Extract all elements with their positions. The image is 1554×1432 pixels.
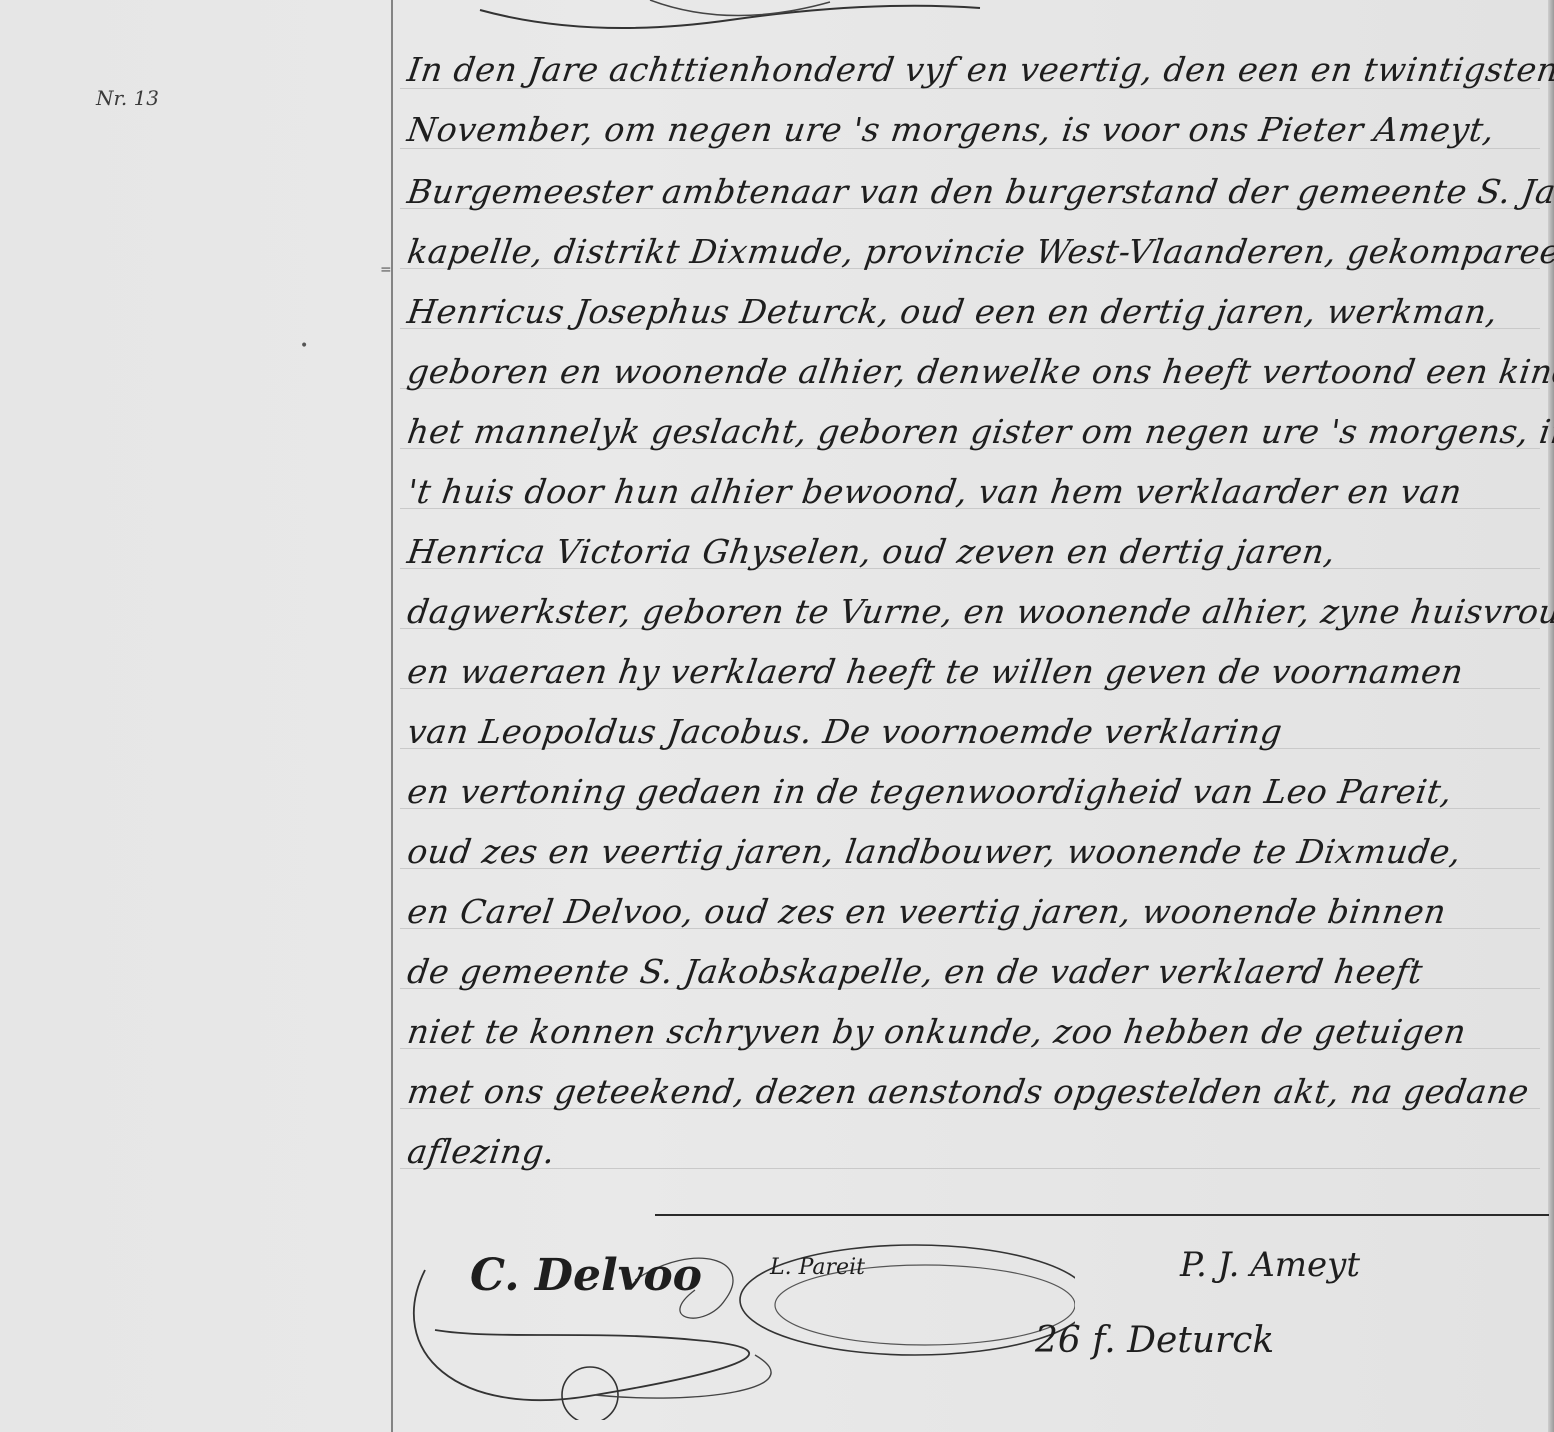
margin-tick: = (380, 262, 392, 278)
text-line: niet te konnen schryven by onkunde, zoo … (405, 1012, 1545, 1051)
text-line: en Carel Delvoo, oud zes en veertig jare… (405, 892, 1545, 931)
text-line: 't huis door hun alhier bewoond, van hem… (405, 472, 1545, 511)
text-line: aflezing. (405, 1132, 630, 1171)
page-edge (1548, 0, 1554, 1432)
text-line: met ons geteekend, dezen aenstonds opges… (405, 1072, 1545, 1111)
text-line: In den Jare achttienhonderd vyf en veert… (405, 50, 1545, 89)
text-line: kapelle, distrikt Dixmude, provincie Wes… (405, 232, 1545, 271)
text-line: het mannelyk geslacht, geboren gister om… (405, 412, 1545, 451)
document-page: Nr. 13 = • In den Jare achttienhonderd v… (0, 0, 1554, 1432)
top-flourish (470, 0, 990, 40)
margin-rule (391, 0, 393, 1432)
text-line: en waeraen hy verklaerd heeft te willen … (405, 652, 1545, 691)
signature-witness-pareit: L. Pareit (770, 1255, 865, 1280)
signature-witness-delvoo: C. Delvoo (470, 1250, 702, 1301)
text-line: geboren en woonende alhier, denwelke ons… (405, 352, 1545, 391)
text-line mother-name-line: Henrica Victoria Ghyselen, oud zeven en … (405, 532, 1545, 571)
margin-dot: • (300, 338, 308, 354)
text-line: de gemeente S. Jakobskapelle, en de vade… (405, 952, 1545, 991)
entry-number: Nr. 13 (96, 86, 159, 110)
text-line: November, om negen ure 's morgens, is vo… (405, 110, 1545, 149)
text-line: oud zes en veertig jaren, landbouwer, wo… (405, 832, 1545, 871)
text-line: Henricus Josephus Deturck, oud een en de… (405, 292, 1545, 331)
signature-mayor-ameyt: P. J. Ameyt (1180, 1245, 1360, 1285)
text-line: en vertoning gedaen in de tegenwoordighe… (405, 772, 1545, 811)
signature-father-deturck: 26 f. Deturck (1035, 1320, 1274, 1361)
text-line: dagwerkster, geboren te Vurne, en woonen… (405, 592, 1545, 631)
text-line: Burgemeester ambtenaar van den burgersta… (405, 172, 1545, 211)
text-line child-name-line: van Leopoldus Jacobus. De voornoemde ver… (405, 712, 1545, 751)
signature-flourish (395, 1190, 1075, 1420)
